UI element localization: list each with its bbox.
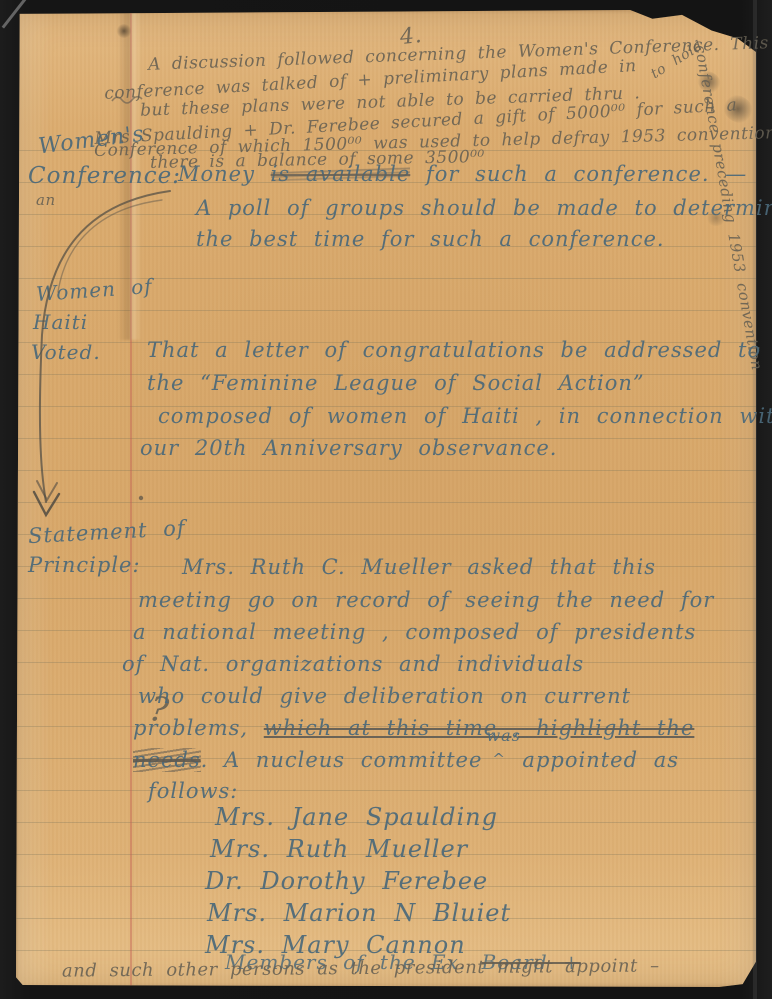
section-label-principle: Principle: [28,553,141,577]
section-label-haiti: Haiti [33,310,88,334]
principle-body-line-6: problems, which at this time , highlight… [133,716,694,740]
smudge [116,24,132,38]
text-segment: for such a conference. — [426,162,747,186]
principle-body-line-1: Mrs. Ruth C. Mueller asked that this [182,555,656,579]
conference-body-line-1: Money is available for such a conference… [178,162,747,186]
committee-name: Mrs. Marion N Bluiet [207,899,511,927]
text-segment: appointed as [522,748,679,772]
text-segment: . A nucleus committee [201,748,483,772]
principle-body-line-4: of Nat. organizations and individuals [122,652,584,676]
haiti-body-line-2: the “Feminine League of Social Action” [147,371,645,395]
text-segment: problems, [133,716,248,740]
struck-text: which at this time , highlight the [264,716,695,740]
struck-text: needs [133,748,201,772]
text-segment: Money [178,162,255,186]
principle-body-line-7: needs. A nucleus committeewas^appointed … [133,748,679,772]
caret-mark: ^ [492,750,506,768]
haiti-body-line-4: our 20th Anniversary observance. [140,436,557,460]
principle-body-line-5: who could give deliberation on current [138,684,631,708]
principle-body-line-3: a national meeting , composed of preside… [133,620,696,644]
inserted-word: was [486,726,520,745]
conference-body-line-3: the best time for such a conference. [196,227,665,251]
committee-name: Mrs. Jane Spaulding [215,803,498,831]
committee-name: Mrs. Ruth Mueller [210,835,468,863]
committee-name: Dr. Dorothy Ferebee [205,867,488,895]
principle-body-line-8: follows: [148,779,238,803]
haiti-body-line-1: That a letter of congratulations be addr… [147,338,761,362]
section-label-conference: Conference: [28,163,181,189]
inserted-word-wrap: was^ [482,748,522,767]
margin-insert-an: an [36,191,56,209]
principle-body-line-2: meeting go on record of seeing the need … [138,588,714,612]
section-label-voted: Voted. [31,340,101,364]
haiti-body-line-3: composed of women of Haiti , in connecti… [158,404,772,428]
struck-text: is available [271,162,411,186]
scan-background: 4. A discussion followed concerning the … [0,0,772,999]
conference-body-line-2: A poll of groups should be made to deter… [196,196,772,220]
